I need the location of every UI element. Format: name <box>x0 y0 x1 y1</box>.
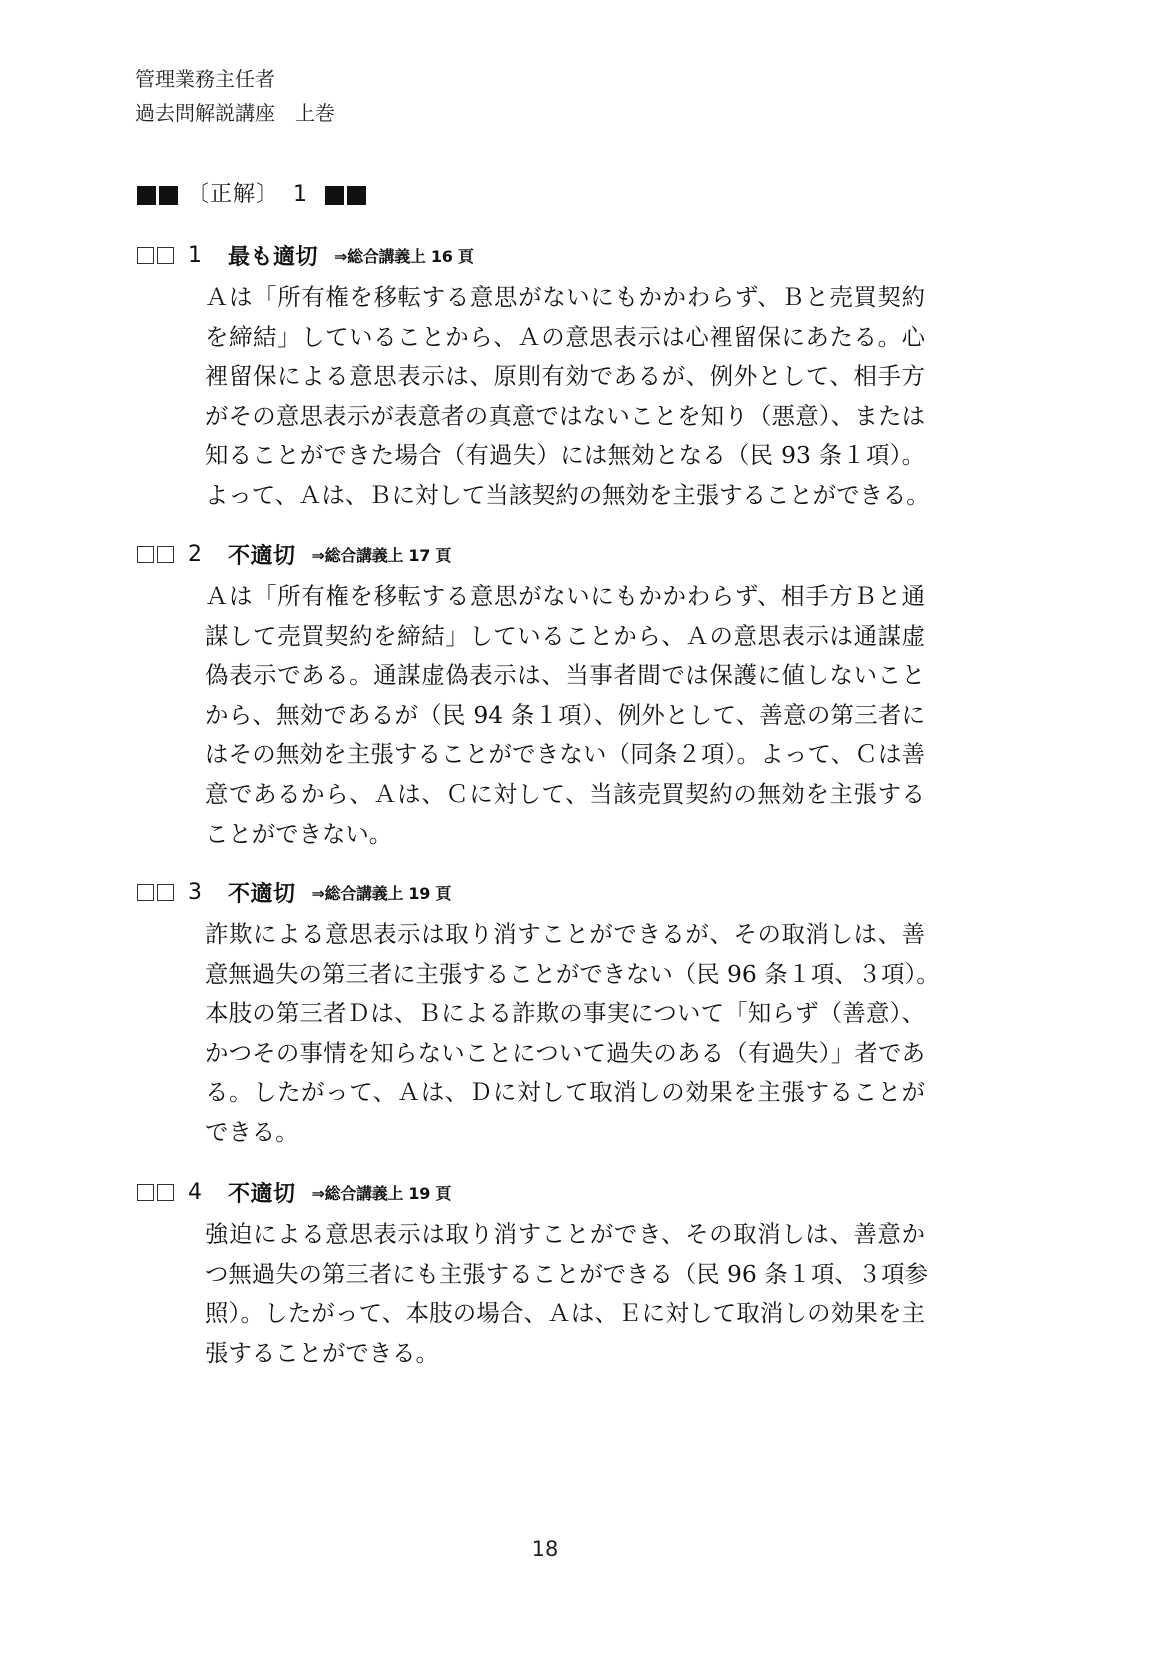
section-number: 2 <box>188 542 202 567</box>
section-body: 詐欺による意思表示は取り消すことができるが、その取消しは、善 意無過失の第三者に… <box>205 915 925 1153</box>
body-line: よって、Ａは、Ｂに対して当該契約の無効を主張することができる。 <box>205 476 925 516</box>
body-line: 謀して売買契約を締結」していることから、Ａの意思表示は通謀虚 <box>205 617 925 657</box>
page-number: 18 <box>0 1537 1090 1561</box>
body-line: 照）。したがって、本肢の場合、Ａは、Ｅに対して取消しの効果を主 <box>205 1294 925 1334</box>
answer-label: 〔正解〕 <box>187 180 279 210</box>
checkbox-icon[interactable] <box>137 247 154 264</box>
body-line: 偽表示である。通謀虚偽表示は、当事者間では保護に値しないこと <box>205 656 925 696</box>
section-reference: ⇒総合講義上 17 頁 <box>312 543 452 566</box>
black-square-icon <box>347 186 366 205</box>
explanation-section-3: 3 不適切 ⇒総合講義上 19 頁 詐欺による意思表示は取り消すことができるが、… <box>137 875 937 1153</box>
page-header: 管理業務主任者 過去問解説講座 上巻 <box>135 62 335 130</box>
section-reference: ⇒総合講義上 19 頁 <box>312 881 452 904</box>
checkbox-icon[interactable] <box>157 546 174 563</box>
body-line: がその意思表示が表意者の真意ではないことを知り（悪意）、または <box>205 397 925 437</box>
section-heading: 3 不適切 ⇒総合講義上 19 頁 <box>137 875 937 909</box>
section-heading: 1 最も適切 ⇒総合講義上 16 頁 <box>137 238 937 272</box>
section-verdict: 最も適切 <box>228 240 318 271</box>
black-square-icon <box>159 186 178 205</box>
body-line: Ａは「所有権を移転する意思がないにもかかわらず、相手方Ｂと通 <box>205 577 925 617</box>
explanation-section-2: 2 不適切 ⇒総合講義上 17 頁 Ａは「所有権を移転する意思がないにもかかわら… <box>137 537 937 854</box>
section-number: 1 <box>188 243 202 268</box>
body-line: から、無効であるが（民 94 条１項）、例外として、善意の第三者に <box>205 696 925 736</box>
section-reference: ⇒総合講義上 19 頁 <box>312 1181 452 1204</box>
explanation-section-4: 4 不適切 ⇒総合講義上 19 頁 強迫による意思表示は取り消すことができ、その… <box>137 1175 937 1373</box>
black-square-icon <box>137 186 156 205</box>
body-line: つ無過失の第三者にも主張することができる（民 96 条１項、３項参 <box>205 1255 925 1295</box>
body-line: 意無過失の第三者に主張することができない（民 96 条１項、３項）。 <box>205 955 925 995</box>
explanation-section-1: 1 最も適切 ⇒総合講義上 16 頁 Ａは「所有権を移転する意思がないにもかかわ… <box>137 238 937 516</box>
header-subtitle: 過去問解説講座 上巻 <box>135 96 335 130</box>
body-line: 意であるから、Ａは、Ｃに対して、当該売買契約の無効を主張する <box>205 775 925 815</box>
section-body: 強迫による意思表示は取り消すことができ、その取消しは、善意か つ無過失の第三者に… <box>205 1215 925 1373</box>
checkbox-icon[interactable] <box>157 247 174 264</box>
section-body: Ａは「所有権を移転する意思がないにもかかわらず、相手方Ｂと通 謀して売買契約を締… <box>205 577 925 854</box>
document-page: 管理業務主任者 過去問解説講座 上巻 〔正解〕 1 1 最も適切 ⇒総合講義上 … <box>0 0 1167 1653</box>
section-number: 3 <box>188 880 202 905</box>
black-square-icon <box>325 186 344 205</box>
checkbox-icon[interactable] <box>137 884 154 901</box>
checkbox-icon[interactable] <box>157 1184 174 1201</box>
checkbox-icon[interactable] <box>137 1184 154 1201</box>
body-line: 強迫による意思表示は取り消すことができ、その取消しは、善意か <box>205 1215 925 1255</box>
answer-value: 1 <box>293 180 307 210</box>
section-number: 4 <box>188 1180 202 1205</box>
section-reference: ⇒総合講義上 16 頁 <box>334 244 474 267</box>
body-line: 本肢の第三者Ｄは、Ｂによる詐欺の事実について「知らず（善意）、 <box>205 994 925 1034</box>
section-verdict: 不適切 <box>228 539 296 570</box>
body-line: る。したがって、Ａは、Ｄに対して取消しの効果を主張することが <box>205 1073 925 1113</box>
section-heading: 2 不適切 ⇒総合講義上 17 頁 <box>137 537 937 571</box>
body-line: はその無効を主張することができない（同条２項）。よって、Ｃは善 <box>205 735 925 775</box>
section-body: Ａは「所有権を移転する意思がないにもかかわらず、Ｂと売買契約 を締結」しているこ… <box>205 278 925 516</box>
section-verdict: 不適切 <box>228 877 296 908</box>
body-line: ことができない。 <box>205 815 925 855</box>
section-heading: 4 不適切 ⇒総合講義上 19 頁 <box>137 1175 937 1209</box>
body-line: できる。 <box>205 1113 925 1153</box>
body-line: 張することができる。 <box>205 1334 925 1374</box>
body-line: 裡留保による意思表示は、原則有効であるが、例外として、相手方 <box>205 357 925 397</box>
correct-answer-banner: 〔正解〕 1 <box>137 180 369 210</box>
section-verdict: 不適切 <box>228 1177 296 1208</box>
checkbox-icon[interactable] <box>157 884 174 901</box>
body-line: かつその事情を知らないことについて過失のある（有過失）」者であ <box>205 1034 925 1074</box>
body-line: Ａは「所有権を移転する意思がないにもかかわらず、Ｂと売買契約 <box>205 278 925 318</box>
body-line: 詐欺による意思表示は取り消すことができるが、その取消しは、善 <box>205 915 925 955</box>
header-title: 管理業務主任者 <box>135 62 335 96</box>
checkbox-icon[interactable] <box>137 546 154 563</box>
body-line: 知ることができた場合（有過失）には無効となる（民 93 条１項）。 <box>205 436 925 476</box>
body-line: を締結」していることから、Ａの意思表示は心裡留保にあたる。心 <box>205 318 925 358</box>
